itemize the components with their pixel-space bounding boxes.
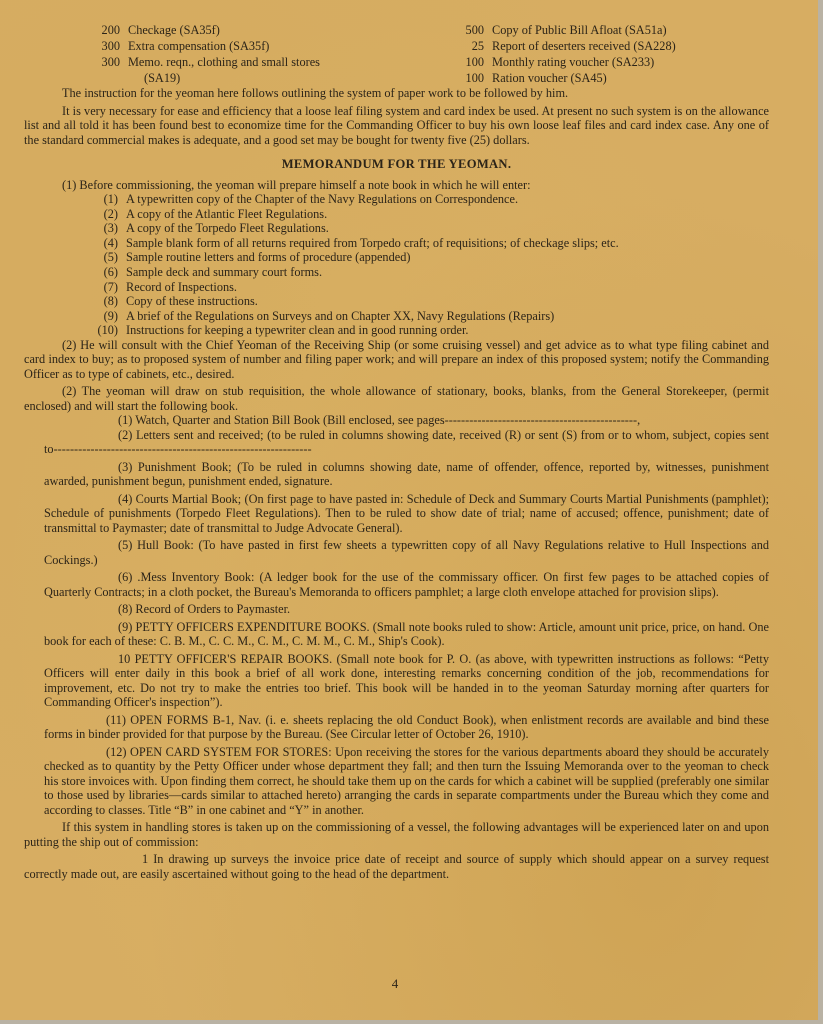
item-text: Record of Inspections. — [126, 280, 237, 295]
book-item: (4) Courts Martial Book; (On first page … — [44, 492, 769, 536]
book-item: (2) Letters sent and received; (to be ru… — [44, 428, 769, 457]
document-page: 200 Checkage (SA35f) 300 Extra compensat… — [0, 0, 818, 1020]
stock-desc: Memo. reqn., clothing and small stores — [128, 54, 320, 70]
memo-title: MEMORANDUM FOR THE YEOMAN. — [24, 157, 769, 172]
stock-qty: 300 — [96, 54, 120, 70]
book-item: (1) Watch, Quarter and Station Bill Book… — [44, 413, 769, 428]
book-item: (8) Record of Orders to Paymaster. — [44, 602, 769, 617]
item-number: (6) — [90, 265, 118, 280]
memo-section-1: (1) Before commissioning, the yeoman wil… — [24, 178, 769, 193]
item-text: Sample routine letters and forms of proc… — [126, 250, 410, 265]
stock-desc: Monthly rating voucher (SA233) — [492, 54, 654, 70]
item-number: (9) — [90, 309, 118, 324]
list-item: (9)A brief of the Regulations on Surveys… — [90, 309, 769, 324]
item-number: (10) — [90, 323, 118, 338]
stock-desc-continuation: (SA19) — [96, 70, 416, 86]
memo-section-3: (2) The yeoman will draw on stub requisi… — [24, 384, 769, 413]
list-item: (2)A copy of the Atlantic Fleet Regulati… — [90, 207, 769, 222]
book-item: (6) .Mess Inventory Book: (A ledger book… — [44, 570, 769, 599]
stock-qty: 300 — [96, 38, 120, 54]
stock-item: 200 Checkage (SA35f) — [96, 22, 416, 38]
advantage-item: 1 In drawing up surveys the invoice pric… — [24, 852, 769, 881]
stock-item: 25 Report of deserters received (SA228) — [460, 38, 780, 54]
book-item: (12) OPEN CARD SYSTEM FOR STORES: Upon r… — [44, 745, 769, 818]
stock-list: 200 Checkage (SA35f) 300 Extra compensat… — [24, 22, 769, 86]
item-text: Sample deck and summary court forms. — [126, 265, 322, 280]
list-item: (4)Sample blank form of all returns requ… — [90, 236, 769, 251]
book-item: (5) Hull Book: (To have pasted in first … — [44, 538, 769, 567]
item-text: A typewritten copy of the Chapter of the… — [126, 192, 518, 207]
stock-desc: Copy of Public Bill Afloat (SA51a) — [492, 22, 667, 38]
item-number: (3) — [90, 221, 118, 236]
book-item: (11) OPEN FORMS B-1, Nav. (i. e. sheets … — [44, 713, 769, 742]
item-number: (5) — [90, 250, 118, 265]
stock-desc: Extra compensation (SA35f) — [128, 38, 269, 54]
stock-item: 500 Copy of Public Bill Afloat (SA51a) — [460, 22, 780, 38]
book-item: (3) Punishment Book; (To be ruled in col… — [44, 460, 769, 489]
stock-desc: Checkage (SA35f) — [128, 22, 220, 38]
stock-item: 100 Ration voucher (SA45) — [460, 70, 780, 86]
list-item: (8)Copy of these instructions. — [90, 294, 769, 309]
item-number: (4) — [90, 236, 118, 251]
list-item: (5)Sample routine letters and forms of p… — [90, 250, 769, 265]
book-item: 10 PETTY OFFICER'S REPAIR BOOKS. (Small … — [44, 652, 769, 710]
list-item: (3)A copy of the Torpedo Fleet Regulatio… — [90, 221, 769, 236]
advantages-intro: If this system in handling stores is tak… — [24, 820, 769, 849]
list-item: (10)Instructions for keeping a typewrite… — [90, 323, 769, 338]
stock-item: 100 Monthly rating voucher (SA233) — [460, 54, 780, 70]
item-text: A copy of the Torpedo Fleet Regulations. — [126, 221, 329, 236]
stock-qty: 100 — [460, 70, 484, 86]
stock-item: 300 Memo. reqn., clothing and small stor… — [96, 54, 416, 70]
list-item: (1)A typewritten copy of the Chapter of … — [90, 192, 769, 207]
item-text: Copy of these instructions. — [126, 294, 258, 309]
stock-qty: 25 — [460, 38, 484, 54]
stock-qty: 200 — [96, 22, 120, 38]
memo-section-2: (2) He will consult with the Chief Yeoma… — [24, 338, 769, 382]
stock-qty: 100 — [460, 54, 484, 70]
item-number: (8) — [90, 294, 118, 309]
item-text: A copy of the Atlantic Fleet Regulations… — [126, 207, 327, 222]
item-number: (7) — [90, 280, 118, 295]
item-number: (1) — [90, 192, 118, 207]
stock-item: 300 Extra compensation (SA35f) — [96, 38, 416, 54]
intro-paragraph: It is very necessary for ease and effici… — [24, 104, 769, 148]
item-text: Instructions for keeping a typewriter cl… — [126, 323, 469, 338]
page-content: 200 Checkage (SA35f) 300 Extra compensat… — [24, 22, 769, 881]
notebook-entries-list: (1)A typewritten copy of the Chapter of … — [90, 192, 769, 338]
stock-desc: Ration voucher (SA45) — [492, 70, 607, 86]
list-item: (6)Sample deck and summary court forms. — [90, 265, 769, 280]
book-item: (9) PETTY OFFICERS EXPENDITURE BOOKS. (S… — [44, 620, 769, 649]
item-text: Sample blank form of all returns require… — [126, 236, 619, 251]
page-number: 4 — [0, 976, 790, 992]
item-number: (2) — [90, 207, 118, 222]
intro-paragraph: The instruction for the yeoman here foll… — [24, 86, 769, 101]
stock-qty: 500 — [460, 22, 484, 38]
list-item: (7)Record of Inspections. — [90, 280, 769, 295]
stock-desc: Report of deserters received (SA228) — [492, 38, 676, 54]
stock-list-left-column: 200 Checkage (SA35f) 300 Extra compensat… — [96, 22, 416, 86]
stock-list-right-column: 500 Copy of Public Bill Afloat (SA51a) 2… — [460, 22, 780, 86]
item-text: A brief of the Regulations on Surveys an… — [126, 309, 554, 324]
